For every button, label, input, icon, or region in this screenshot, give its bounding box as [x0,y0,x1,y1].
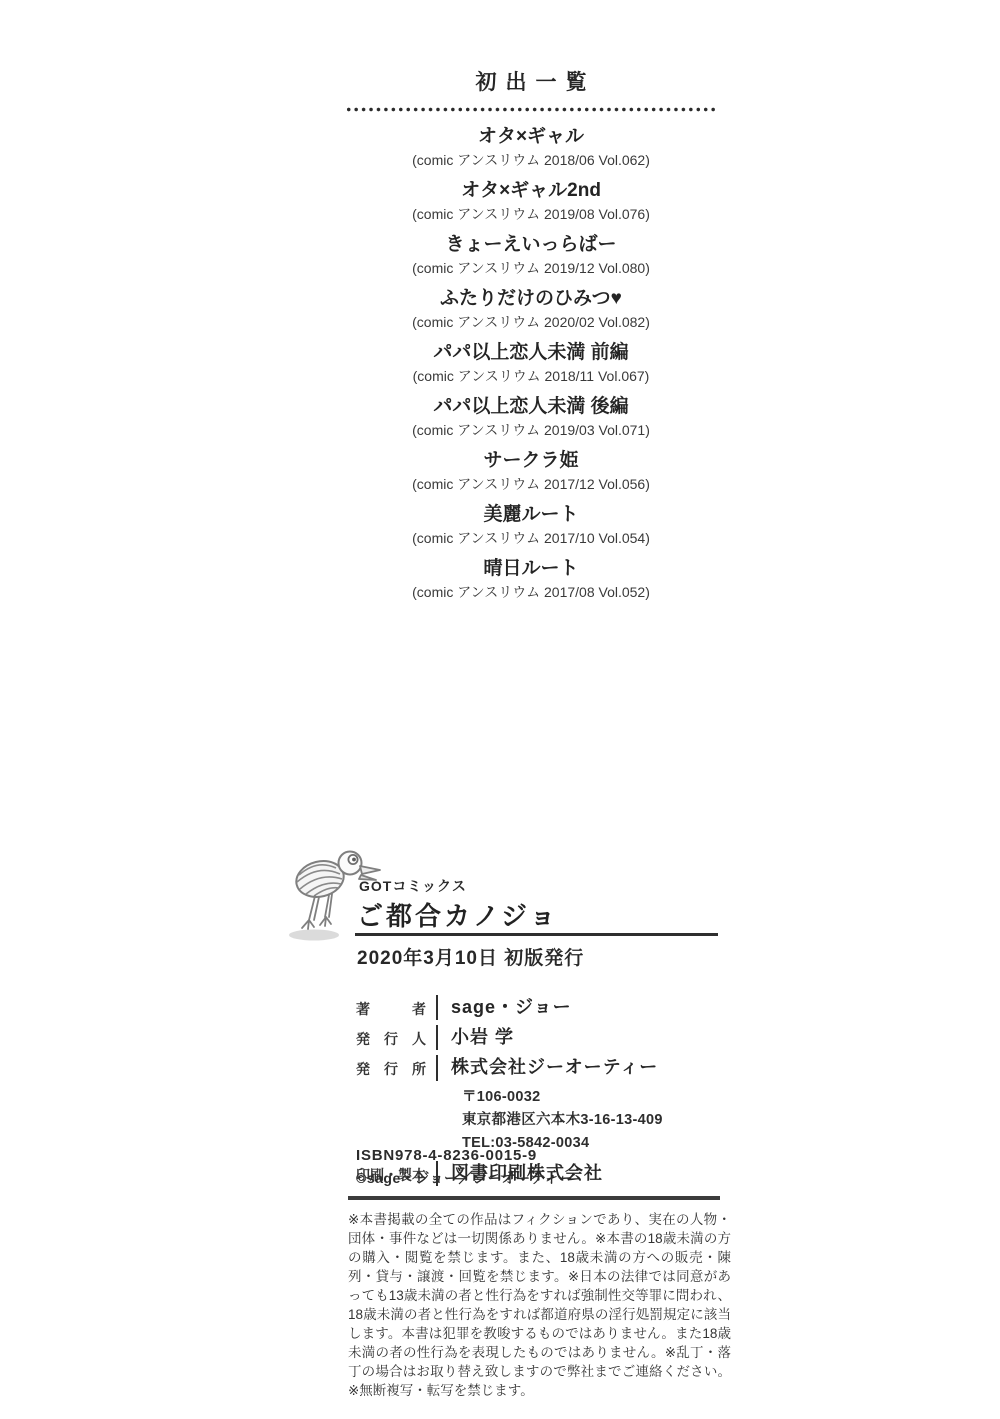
credit-label: 著者 [356,995,426,1020]
work-title: パパ以上恋人未満 後編 [345,395,717,420]
postal-code: 〒106-0032 [462,1086,724,1109]
credit-row-author: 著者 sage・ジョー [356,995,724,1020]
work-title: 美麗ルート [345,503,717,528]
credit-value: 株式会社ジーオーティー [436,1055,658,1080]
legal-disclaimer: ※本書掲載の全ての作品はフィクションであり、実在の人物・団体・事件などは一切関係… [348,1210,731,1400]
work-source: (comic アンスリウム 2019/08 Vol.076) [345,204,717,224]
credit-value: sage・ジョー [436,995,572,1020]
work-title: 晴日ルート [345,557,717,582]
work-title: きょーえいっらばー [345,233,717,258]
work-title: パパ以上恋人未満 前編 [345,341,717,366]
work-title: ふたりだけのひみつ♥ [345,287,717,312]
section-title: 初出一覧 [345,66,717,96]
book-title: ご都合カノジョ [357,896,558,933]
copyright-line: ©sage・ジョー／ジーオーティー [356,1168,573,1188]
list-item: オタ×ギャル2nd (comic アンスリウム 2019/08 Vol.076) [345,179,717,224]
list-item: ふたりだけのひみつ♥ (comic アンスリウム 2020/02 Vol.082… [345,287,717,332]
list-item: パパ以上恋人未満 後編 (comic アンスリウム 2019/03 Vol.07… [345,395,717,440]
street-address: 東京都港区六本木3-16-13-409 [462,1109,724,1132]
work-source: (comic アンスリウム 2019/12 Vol.080) [345,258,717,278]
isbn: ISBN978-4-8236-0015-9 [356,1147,537,1164]
credit-row-publisher-company: 発行所 株式会社ジーオーティー [356,1055,724,1080]
credit-row-publisher-person: 発行人 小岩 学 [356,1025,724,1050]
work-source: (comic アンスリウム 2020/02 Vol.082) [345,312,717,332]
edition-date: 2020年3月10日 初版発行 [357,943,584,970]
publisher-address: 〒106-0032 東京都港区六本木3-16-13-409 TEL:03-584… [462,1086,724,1156]
publication-entries: オタ×ギャル (comic アンスリウム 2018/06 Vol.062) オタ… [345,125,717,602]
dotted-divider [345,107,717,112]
list-item: 晴日ルート (comic アンスリウム 2017/08 Vol.052) [345,557,717,602]
imprint-label: GOTコミックス [359,876,467,896]
title-rule [355,933,718,936]
work-source: (comic アンスリウム 2018/06 Vol.062) [345,150,717,170]
credit-label: 発行所 [356,1055,426,1080]
list-item: きょーえいっらばー (comic アンスリウム 2019/12 Vol.080) [345,233,717,278]
disclaimer-divider [348,1196,720,1200]
work-source: (comic アンスリウム 2017/10 Vol.054) [345,528,717,548]
credit-label: 発行人 [356,1025,426,1050]
first-publication-list: 初出一覧 オタ×ギャル (comic アンスリウム 2018/06 Vol.06… [345,66,717,611]
credit-value: 小岩 学 [436,1025,514,1050]
work-source: (comic アンスリウム 2019/03 Vol.071) [345,420,717,440]
work-source: (comic アンスリウム 2017/12 Vol.056) [345,474,717,494]
list-item: 美麗ルート (comic アンスリウム 2017/10 Vol.054) [345,503,717,548]
list-item: オタ×ギャル (comic アンスリウム 2018/06 Vol.062) [345,125,717,170]
list-item: サークラ姫 (comic アンスリウム 2017/12 Vol.056) [345,449,717,494]
work-title: オタ×ギャル [345,125,717,150]
work-title: サークラ姫 [345,449,717,474]
list-item: パパ以上恋人未満 前編 (comic アンスリウム 2018/11 Vol.06… [345,341,717,386]
work-source: (comic アンスリウム 2017/08 Vol.052) [345,582,717,602]
work-title: オタ×ギャル2nd [345,179,717,204]
book-colophon-page: 初出一覧 オタ×ギャル (comic アンスリウム 2018/06 Vol.06… [0,0,1000,1419]
work-source: (comic アンスリウム 2018/11 Vol.067) [345,366,717,386]
